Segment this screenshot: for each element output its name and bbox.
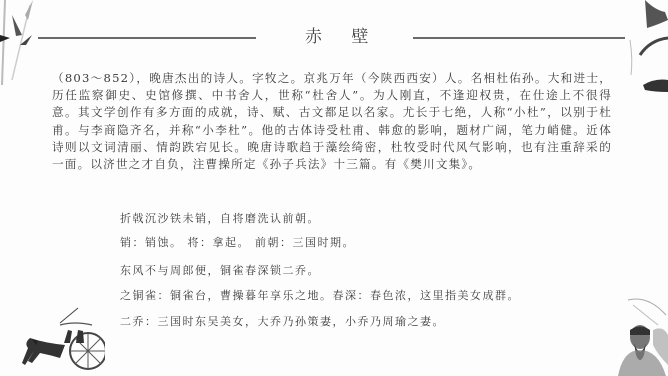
title-divider-right	[413, 37, 625, 39]
ink-painting-decoration-icon	[625, 0, 668, 95]
poem-note-3: 二乔：三国时东吴美女，大乔乃孙策妻，小乔乃周瑜之妻。	[120, 313, 445, 329]
bamboo-decoration-icon	[0, 0, 40, 85]
poem-line-1: 折戟沉沙铁未销，自将磨洗认前朝。	[120, 210, 320, 226]
poem-note-1: 销：销蚀。 将：拿起。 前朝：三国时期。	[120, 234, 355, 250]
scholar-portrait-icon	[608, 285, 668, 376]
author-biography: （803～852），晚唐杰出的诗人。字牧之。京兆万年（今陕西西安）人。名相杜佑孙…	[52, 70, 612, 173]
title-divider-left	[38, 37, 256, 39]
poem-note-2: 之铜雀：铜雀台，曹操暮年享乐之地。春深：春色浓，这里指美女成群。	[120, 287, 520, 303]
poem-line-2: 东风不与周郎便，铜雀春深锁二乔。	[120, 262, 320, 278]
horse-chariot-icon	[10, 303, 105, 373]
page-title: 赤 壁	[305, 25, 385, 49]
